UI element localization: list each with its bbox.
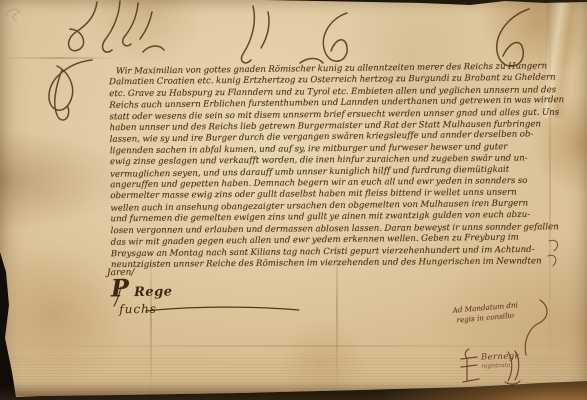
fold-crease (0, 57, 118, 59)
signature-word: Rege (134, 284, 173, 300)
registration-note: Bernegk registrata (481, 351, 521, 369)
parchment-sheet: Wir Maximilian von gottes gnaden Römisch… (0, 0, 587, 400)
secretary-signature: fuchs (119, 301, 173, 316)
registrar-name: Bernegk (481, 351, 521, 362)
photo-of-charter: Wir Maximilian von gottes gnaden Römisch… (0, 0, 587, 400)
per-regem-signature: P Rege fuchs (111, 276, 173, 316)
signature-initial: P (111, 273, 130, 302)
fold-crease (0, 345, 587, 347)
chancery-note: Ad Mandatum dni regis in consilio (452, 300, 519, 325)
letter-body: Wir Maximilian von gottes gnaden Römisch… (109, 62, 549, 272)
